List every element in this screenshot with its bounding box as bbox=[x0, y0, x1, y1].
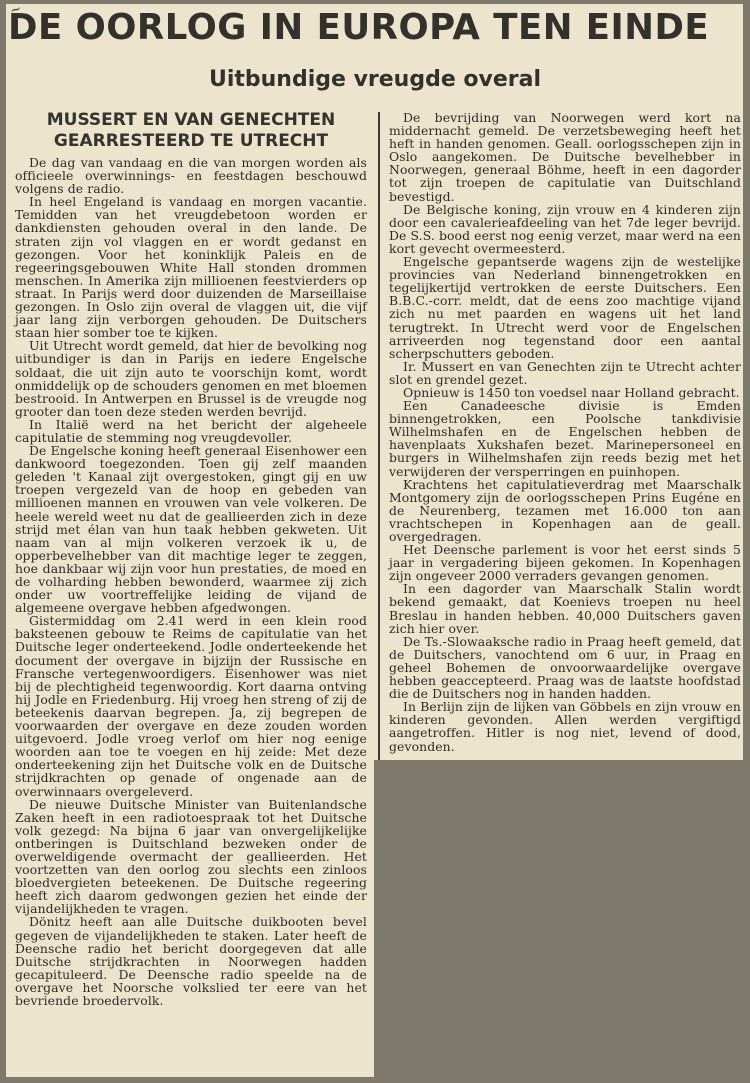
paragraph: Een Canadeesche divisie is Emden binneng… bbox=[389, 399, 741, 478]
article-heading: MUSSERT EN VAN GENECHTEN GEARRESTEERD TE… bbox=[15, 110, 367, 152]
paragraph: Dönitz heeft aan alle Duitsche duikboote… bbox=[15, 915, 367, 1007]
right-column-text: De bevrijding van Noorwegen werd kort na… bbox=[389, 111, 741, 753]
paragraph: Engelsche gepantserde wagens zijn de wes… bbox=[389, 255, 741, 360]
paragraph: Krachtens het capitulatieverdrag met Maa… bbox=[389, 478, 741, 543]
paragraph: Gistermiddag om 2.41 werd in een klein r… bbox=[15, 614, 367, 797]
left-column-text: De dag van vandaag en die van morgen wor… bbox=[15, 156, 367, 1007]
paragraph: Ir. Mussert en van Genechten zijn te Utr… bbox=[389, 360, 741, 386]
right-column: De bevrijding van Noorwegen werd kort na… bbox=[389, 111, 741, 753]
paragraph: De dag van vandaag en die van morgen wor… bbox=[15, 156, 367, 195]
headline: DE OORLOG IN EUROPA TEN EINDE bbox=[8, 8, 743, 48]
column-divider bbox=[378, 112, 380, 760]
paragraph: In Italië werd na het bericht der algehe… bbox=[15, 418, 367, 444]
paragraph: In heel Engeland is vandaag en morgen va… bbox=[15, 195, 367, 339]
paragraph: Het Deensche parlement is voor het eerst… bbox=[389, 543, 741, 582]
left-column: MUSSERT EN VAN GENECHTEN GEARRESTEERD TE… bbox=[15, 110, 367, 1007]
paragraph: De bevrijding van Noorwegen werd kort na… bbox=[389, 111, 741, 203]
paragraph: De Belgische koning, zijn vrouw en 4 kin… bbox=[389, 203, 741, 255]
paragraph: De Engelsche koning heeft generaal Eisen… bbox=[15, 444, 367, 614]
paragraph: De nieuwe Duitsche Minister van Buitenla… bbox=[15, 798, 367, 916]
paragraph: In een dagorder van Maarschalk Stalin wo… bbox=[389, 582, 741, 634]
paragraph: In Berlijn zijn de lijken van Göbbels en… bbox=[389, 700, 741, 752]
paragraph: De Ts.-Slowaaksche radio in Praag heeft … bbox=[389, 635, 741, 700]
subheadline: Uitbundige vreugde overal bbox=[0, 66, 750, 94]
paragraph: Uit Utrecht wordt gemeld, dat hier de be… bbox=[15, 339, 367, 418]
